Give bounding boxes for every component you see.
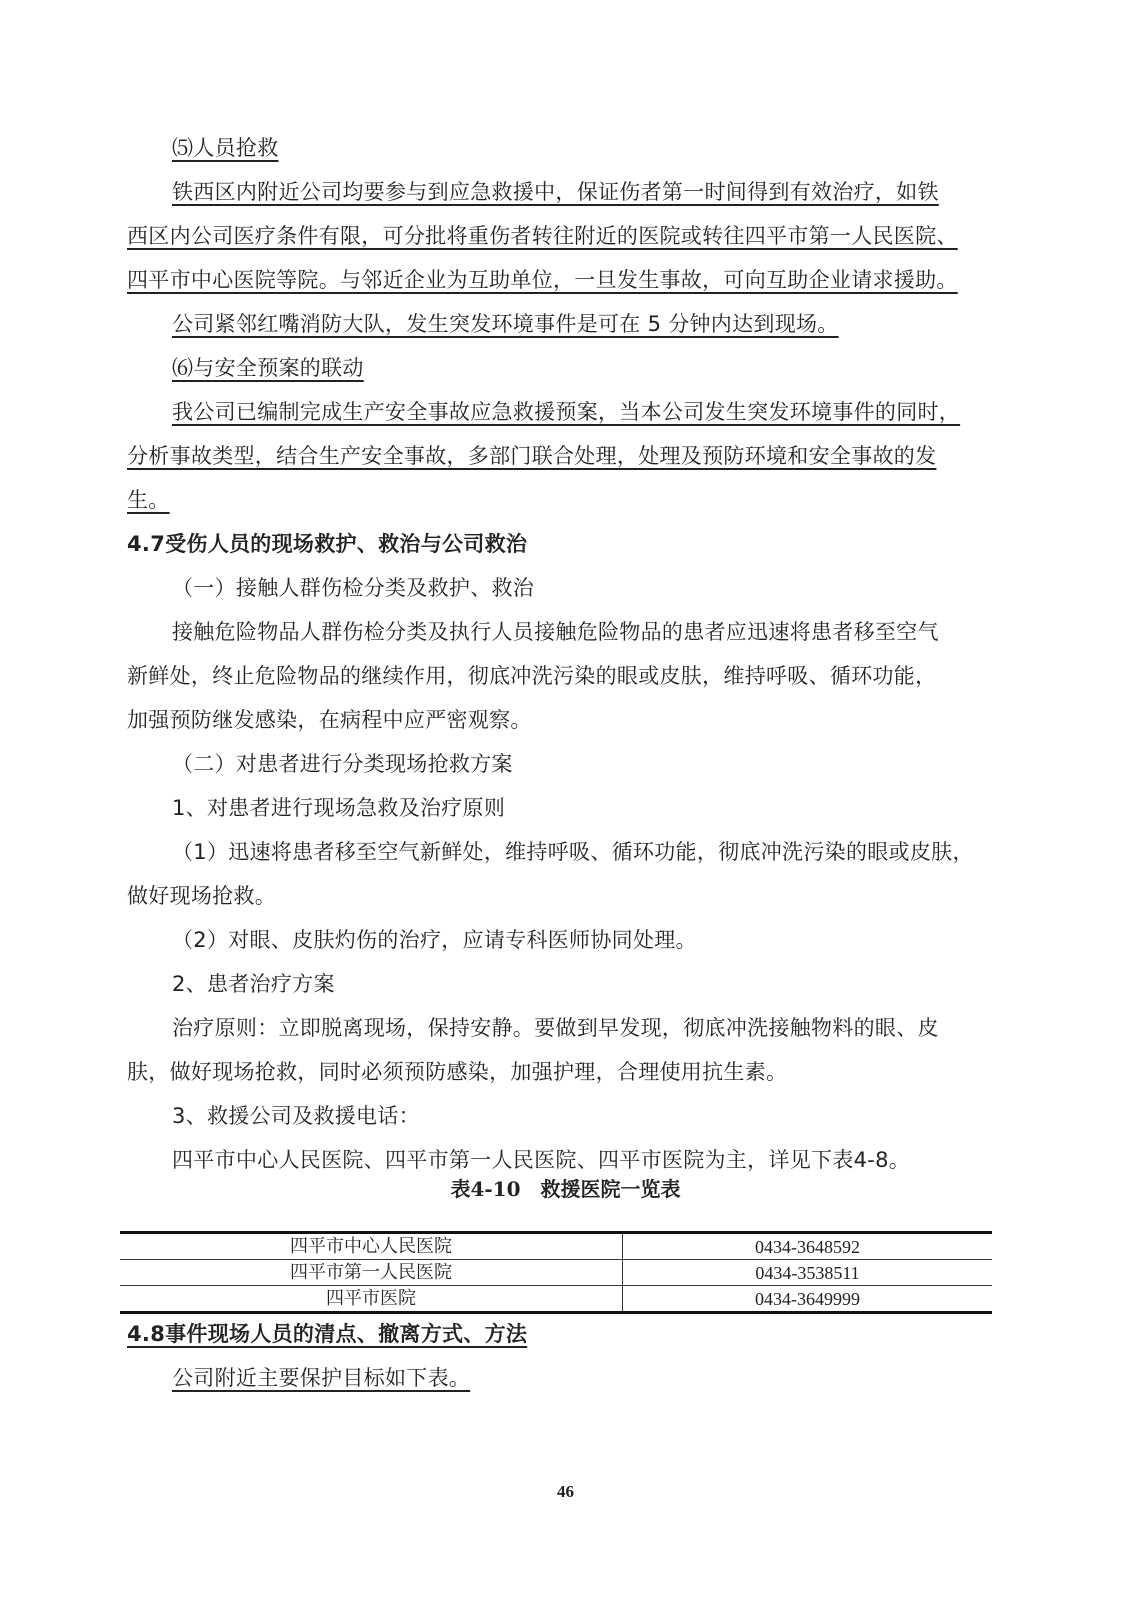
paragraph-line: 西区内公司医疗条件有限，可分批将重伤者转往附近的医院或转往四平市第一人民医院、 (127, 221, 958, 251)
paragraph-line: 新鲜处，终止危险物品的继续作用，彻底冲洗污染的眼或皮肤，维持呼吸、循环功能， (127, 661, 936, 691)
section-heading: 4.7受伤人员的现场救护、救治与公司救治 (127, 529, 527, 559)
paragraph-line: 我公司已编制完成生产安全事故应急救援预案，当本公司发生突发环境事件的同时， (172, 397, 960, 427)
paragraph-line: （一）接触人群伤检分类及救护、救治 (172, 573, 534, 603)
paragraph-line: 公司附近主要保护目标如下表。 (172, 1363, 470, 1393)
paragraph-line: 2、患者治疗方案 (172, 969, 335, 999)
paragraph-line: （二）对患者进行分类现场抢救方案 (172, 749, 513, 779)
paragraph-line: 接触危险物品人群伤检分类及执行人员接触危险物品的患者应迅速将患者移至空气 (172, 617, 939, 647)
paragraph-line: （2）对眼、皮肤灼伤的治疗，应请专科医师协同处理。 (172, 925, 697, 955)
paragraph-line: 四平市中心人民医院、四平市第一人民医院、四平市医院为主，详见下表4-8。 (172, 1145, 910, 1175)
hospital-name-cell: 四平市第一人民医院 (120, 1260, 623, 1286)
paragraph-line: 分析事故类型，结合生产安全事故，多部门联合处理，处理及预防环境和安全事故的发 (127, 441, 936, 471)
rescue-hospital-table: 四平市中心人民医院 0434-3648592 四平市第一人民医院 0434-35… (120, 1231, 992, 1314)
paragraph-line: 生。 (127, 485, 170, 515)
paragraph-line: 公司紧邻红嘴消防大队，发生突发环境事件是可在 5 分钟内达到现场。 (172, 309, 839, 339)
table-row: 四平市第一人民医院 0434-3538511 (120, 1260, 992, 1286)
paragraph-line: ⑹与安全预案的联动 (172, 353, 364, 383)
paragraph-line: 四平市中心医院等院。与邻近企业为互助单位，一旦发生事故，可向互助企业请求援助。 (127, 265, 958, 295)
table-caption: 表4-10 救援医院一览表 (0, 1174, 1131, 1204)
paragraph-line: ⑸人员抢救 (172, 133, 279, 163)
paragraph-line: 铁西区内附近公司均要参与到应急救援中，保证伤者第一时间得到有效治疗，如铁 (172, 177, 939, 207)
phone-cell: 0434-3538511 (623, 1260, 993, 1286)
paragraph-line: 1、对患者进行现场急救及治疗原则 (172, 793, 505, 823)
hospital-name-cell: 四平市中心人民医院 (120, 1233, 623, 1260)
page-number: 46 (0, 1482, 1131, 1502)
hospital-name-cell: 四平市医院 (120, 1286, 623, 1313)
phone-cell: 0434-3649999 (623, 1286, 993, 1313)
paragraph-line: 3、救援公司及救援电话： (172, 1101, 420, 1131)
paragraph-line: 做好现场抢救。 (127, 881, 276, 911)
paragraph-line: 治疗原则：立即脱离现场，保持安静。要做到早发现，彻底冲洗接触物料的眼、皮 (172, 1013, 939, 1043)
paragraph-line: 加强预防继发感染，在病程中应严密观察。 (127, 705, 532, 735)
table-row: 四平市中心人民医院 0434-3648592 (120, 1233, 992, 1260)
paragraph-line: 肤，做好现场抢救，同时必须预防感染，加强护理，合理使用抗生素。 (127, 1057, 787, 1087)
section-heading: 4.8事件现场人员的清点、撤离方式、方法 (127, 1319, 527, 1349)
paragraph-line: （1）迅速将患者移至空气新鲜处，维持呼吸、循环功能，彻底冲洗污染的眼或皮肤， (172, 837, 974, 867)
phone-cell: 0434-3648592 (623, 1233, 993, 1260)
table-row: 四平市医院 0434-3649999 (120, 1286, 992, 1313)
